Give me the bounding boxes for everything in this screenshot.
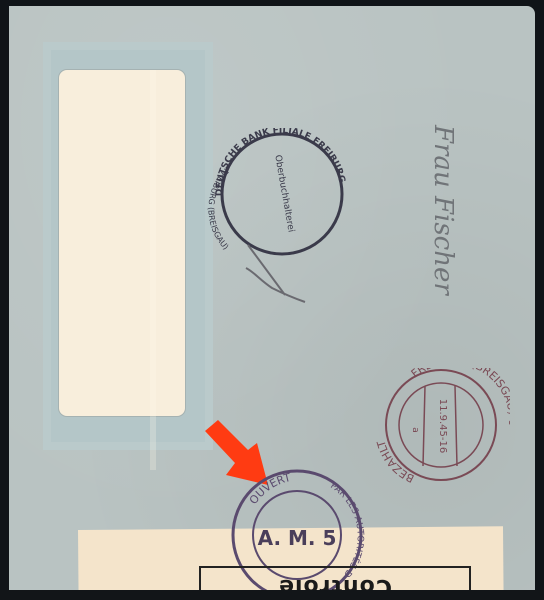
frame-border — [0, 590, 544, 600]
svg-text:A. M. 5: A. M. 5 — [258, 526, 337, 550]
envelope-window — [59, 70, 185, 416]
bank-stamp: DEUTSCHE BANK FILIALE FREIBURG FREIBURG … — [200, 128, 365, 258]
svg-text:Oberbuchhalterei: Oberbuchhalterei — [272, 154, 295, 233]
handwritten-address: Frau Fischer — [405, 110, 485, 310]
svg-text:PAR LES AUTORITÉS DE CONTRÔLE: PAR LES AUTORITÉS DE CONTRÔLE — [225, 465, 365, 579]
paper-crease — [150, 70, 156, 470]
signature-mark — [230, 240, 310, 310]
svg-text:a: a — [410, 427, 420, 433]
svg-text:11.9.45-16: 11.9.45-16 — [437, 399, 448, 454]
freiburg-postmark: FREIBURG (BREISGAU) 6 BEZAHLT 11.9.45-16… — [375, 368, 510, 483]
svg-text:BEZAHLT: BEZAHLT — [375, 439, 416, 483]
svg-text:Frau Fischer: Frau Fischer — [428, 124, 458, 296]
svg-text:FREIBURG (BREISGAU): FREIBURG (BREISGAU) — [206, 167, 230, 252]
